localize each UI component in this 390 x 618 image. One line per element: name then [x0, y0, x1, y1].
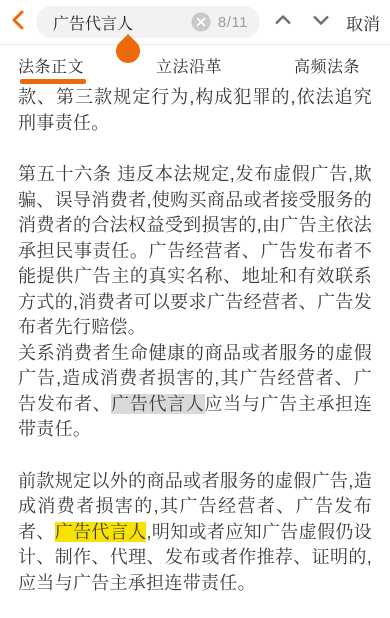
- active-tab-indicator: [20, 79, 86, 84]
- clear-search-icon[interactable]: [191, 12, 211, 32]
- tab-law-text[interactable]: 法条正文: [18, 54, 84, 77]
- previous-match-button[interactable]: [270, 9, 296, 35]
- next-match-button[interactable]: [308, 9, 334, 35]
- paragraph: 第五十六条 违反本法规定,发布虚假广告,欺骗、误导消费者,使购买商品或者接受服务…: [18, 162, 372, 341]
- search-match-highlight-yellow: 广告代言人: [55, 522, 147, 542]
- chevron-down-icon: [309, 8, 333, 37]
- search-query-text: 广告代言人: [53, 11, 133, 34]
- paragraph: 关系消费者生命健康的商品或者服务的虚假广告,造成消费者损害的,其广告经营者、广告…: [18, 341, 372, 443]
- search-input[interactable]: 广告代言人 8/11: [36, 6, 260, 38]
- paragraph: 前款规定以外的商品或者服务的虚假广告,造成消费者损害的,其广告经营者、广告发布者…: [18, 469, 372, 597]
- chevron-left-icon: [9, 9, 29, 36]
- back-button[interactable]: [6, 7, 32, 37]
- article-text: 款、第三款规定行为,构成犯罪的,依法追究刑事责任。第五十六条 违反本法规定,发布…: [0, 85, 390, 596]
- tab-bar: 法条正文 立法沿革 高频法条: [0, 45, 390, 85]
- tab-frequent-articles[interactable]: 高频法条: [294, 54, 360, 77]
- cancel-button[interactable]: 取消: [346, 10, 380, 35]
- tab-legislative-history[interactable]: 立法沿革: [156, 54, 222, 77]
- match-counter: 8/11: [218, 14, 248, 31]
- paragraph: 款、第三款规定行为,构成犯罪的,依法追究刑事责任。: [18, 85, 372, 136]
- chevron-up-icon: [271, 8, 295, 37]
- search-bar: 广告代言人 8/11 取消: [0, 0, 390, 44]
- search-match-highlight-gray: 广告代言人: [111, 394, 204, 414]
